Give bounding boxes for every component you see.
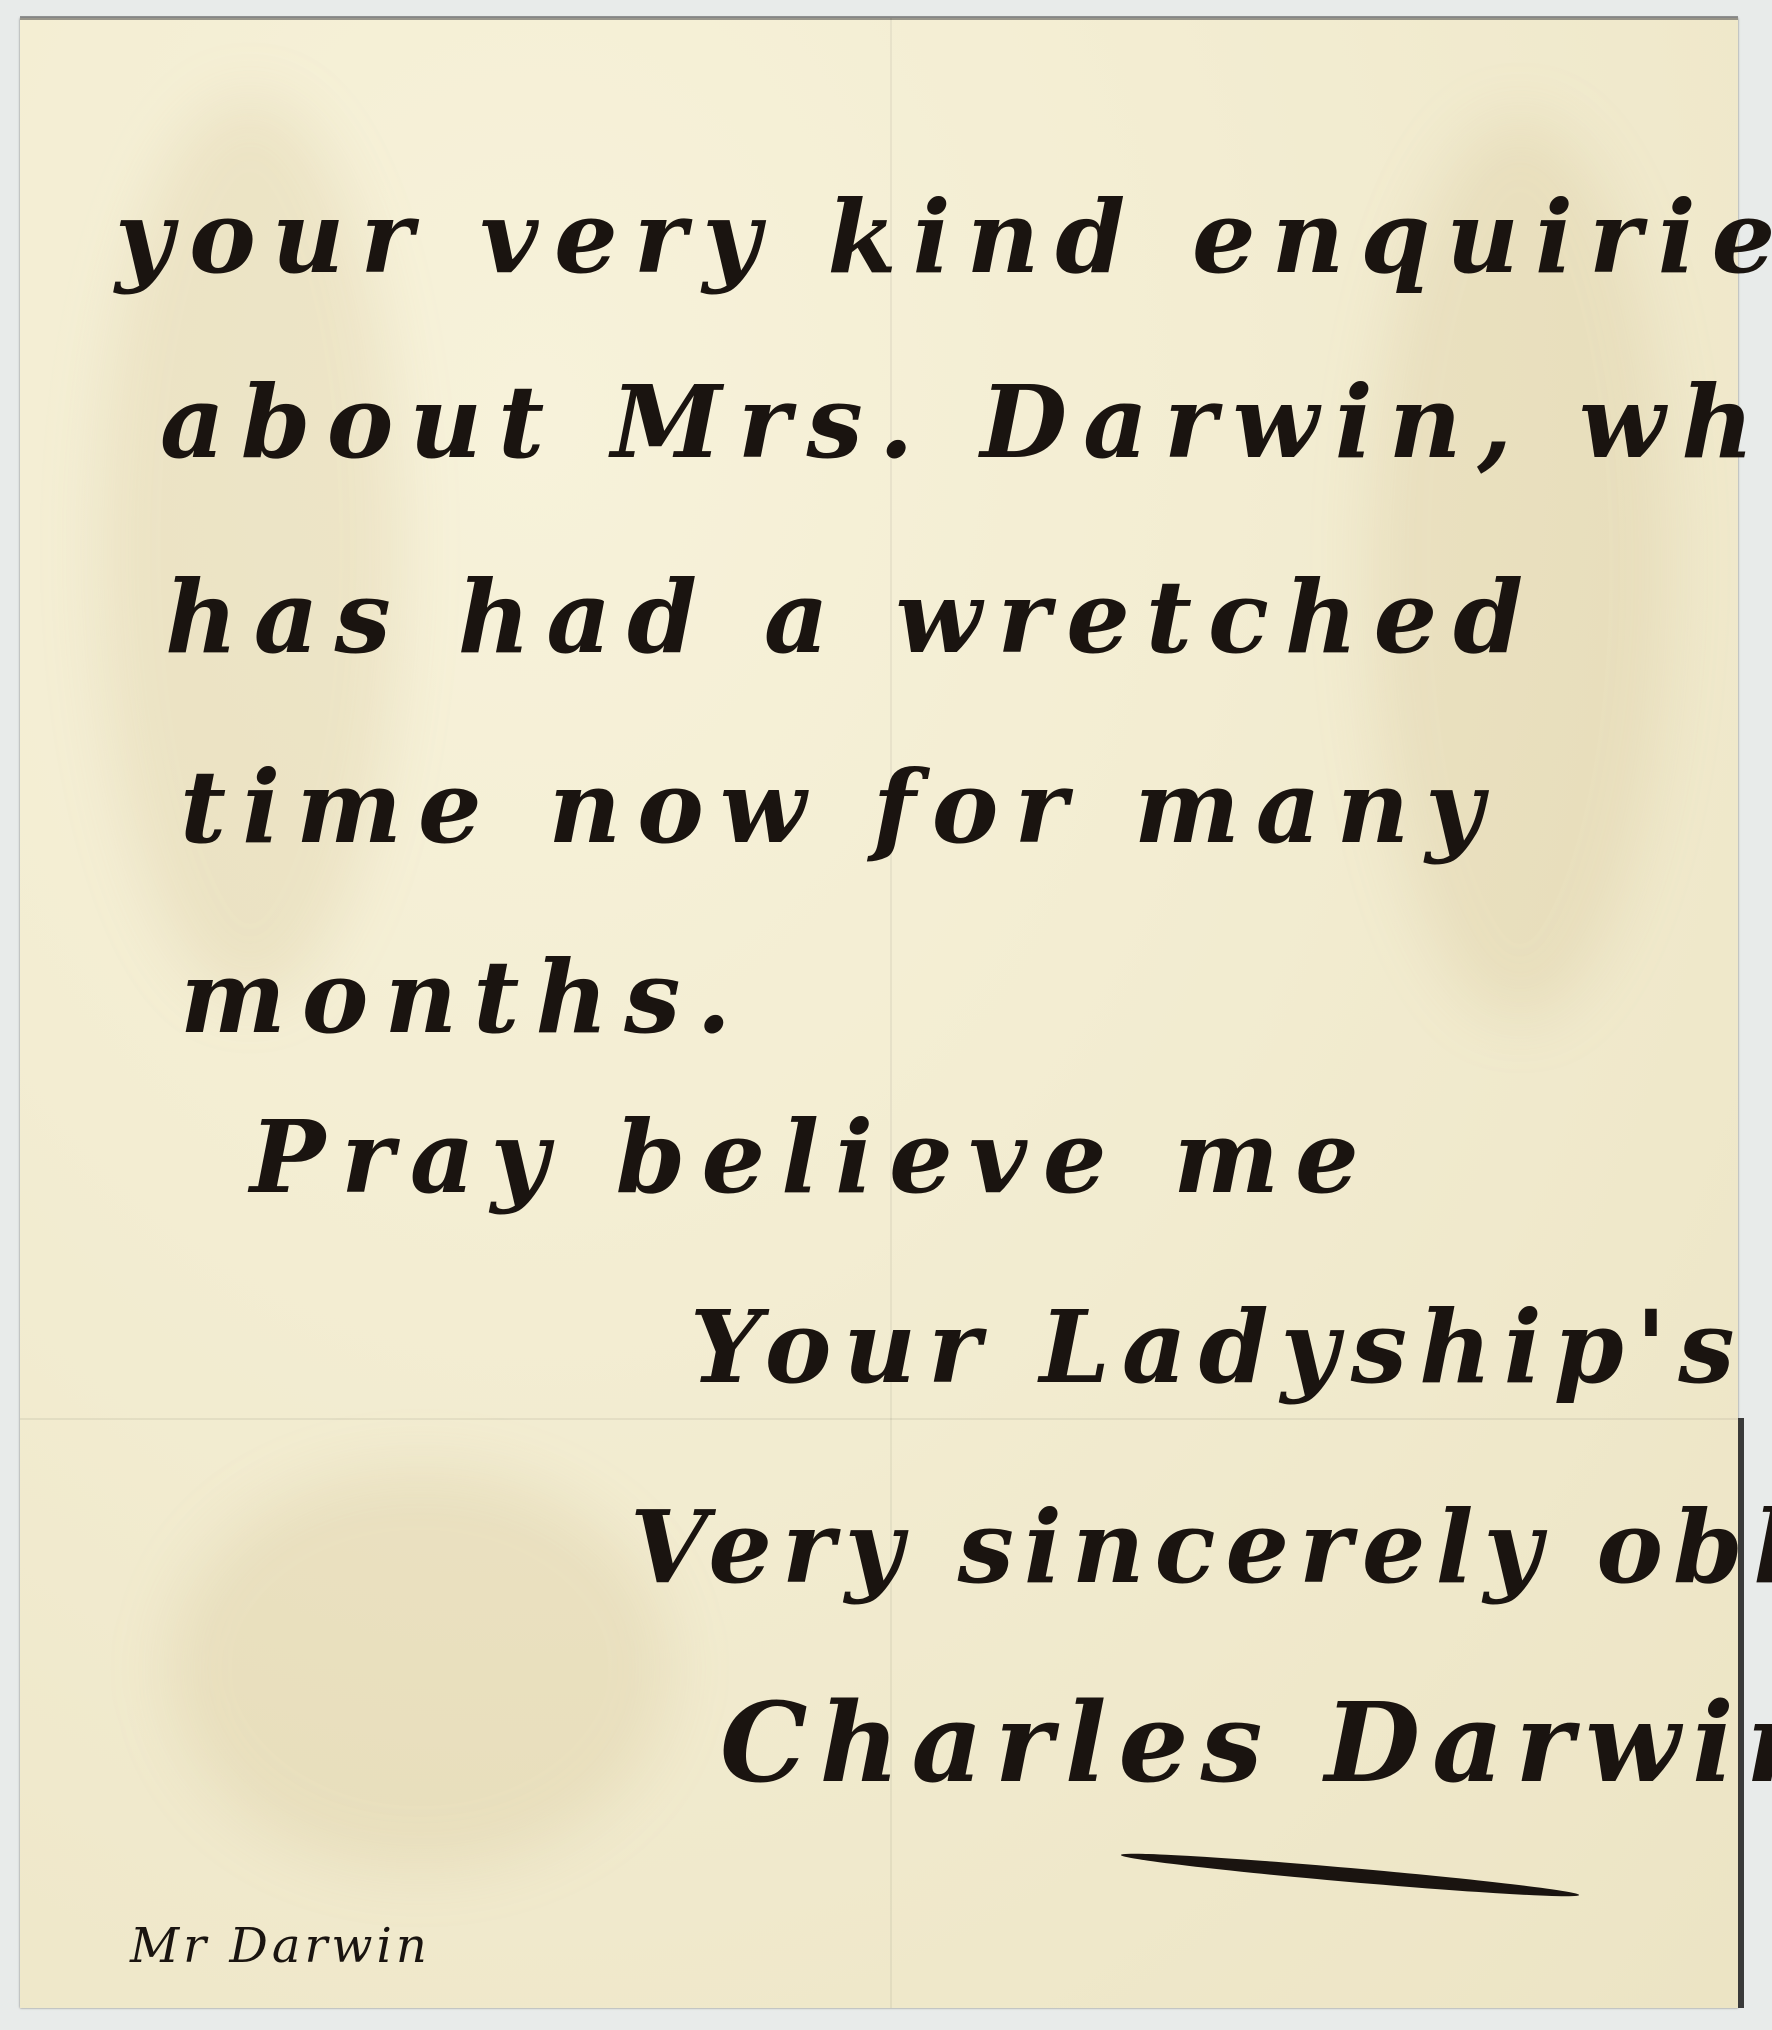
docket-note: Mr Darwin: [130, 1918, 431, 1974]
letter-line-1: your very kind enquiries: [115, 178, 1772, 296]
paper-stain: [170, 1468, 670, 1868]
letter-line-5: months.: [180, 938, 747, 1056]
closing-line-1: Pray believe me: [250, 1098, 1375, 1216]
letter-line-2: about Mrs. Darwin, who: [160, 363, 1772, 481]
signature-flourish: [1120, 1848, 1579, 1902]
closing-line-3: Very sincerely obliged: [630, 1488, 1772, 1606]
horizontal-fold: [20, 1418, 1738, 1420]
signature: Charles Darwin: [720, 1678, 1772, 1807]
letter-paper: your very kind enquiries about Mrs. Darw…: [20, 18, 1738, 2008]
closing-line-2: Your Ladyship's: [690, 1288, 1747, 1406]
letter-line-3: has had a wretched: [165, 558, 1539, 676]
letter-line-4: time now for many: [180, 748, 1499, 866]
